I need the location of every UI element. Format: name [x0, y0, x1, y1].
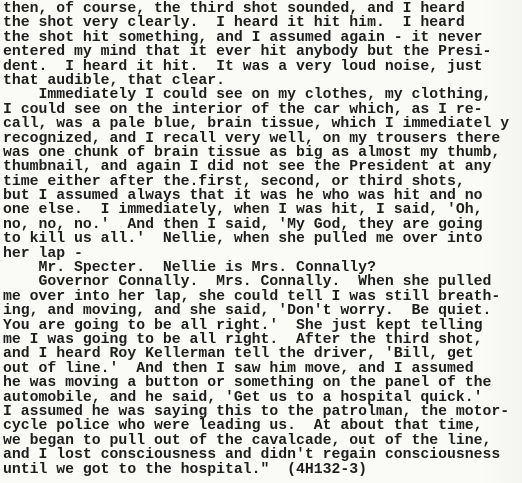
document-page: then, of course, the third shot sounded,…: [0, 0, 522, 483]
text-line: was one chunk of brain tissue as big as …: [3, 146, 522, 160]
text-line: he was moving a button or something on t…: [3, 376, 522, 390]
text-line: that audible, that clear.: [3, 74, 522, 88]
text-line: to kill us all.' Nellie, when she pulled…: [3, 232, 522, 246]
text-line: You are going to be all right.' She just…: [3, 319, 522, 333]
text-line: and I lost consciousness and didn't rega…: [3, 448, 522, 462]
text-line: the shot hit something, and I assumed ag…: [3, 31, 522, 45]
text-line: dent. I heard it hit. It was a very loud…: [3, 60, 522, 74]
text-line: no, no, no.' And then I said, 'My God, t…: [3, 218, 522, 232]
text-line: I assumed he was saying this to the patr…: [3, 405, 522, 419]
text-line: thumbnail, and again I did not see the P…: [3, 160, 522, 174]
text-line: I could see on the interior of the car w…: [3, 103, 522, 117]
text-line: me over into her lap, she could tell I w…: [3, 290, 522, 304]
text-line: recognized, and I recall very well, on m…: [3, 132, 522, 146]
text-line: the shot very clearly. I heard it hit hi…: [3, 16, 522, 30]
text-line: me I was going to be all right. After th…: [3, 333, 522, 347]
text-line: ing, and moving, and she said, 'Don't wo…: [3, 304, 522, 318]
text-line citation-line: until we got to the hospital." (4H132-3): [3, 463, 522, 477]
text-line: automobile, and he said, 'Get us to a ho…: [3, 391, 522, 405]
text-line: entered my mind that it ever hit anybody…: [3, 45, 522, 59]
text-line: out of line.' And then I saw him move, a…: [3, 362, 522, 376]
text-line: and I heard Roy Kellerman tell the drive…: [3, 347, 522, 361]
text-line speaker-answer: Governor Connally. Mrs. Connally. When s…: [3, 275, 522, 289]
text-line: we began to pull out of the cavalcade, o…: [3, 434, 522, 448]
text-line: one else. I immediately, when I was hit,…: [3, 203, 522, 217]
text-line: her lap -: [3, 247, 522, 261]
text-line: but I assumed always that it was he who …: [3, 189, 522, 203]
text-line: then, of course, the third shot sounded,…: [3, 2, 522, 16]
text-line speaker-question: Mr. Specter. Nellie is Mrs. Connally?: [3, 261, 522, 275]
text-line: call, was a pale blue, brain tissue, whi…: [3, 117, 522, 131]
text-line paragraph-start: Immediately I could see on my clothes, m…: [3, 88, 522, 102]
text-line: cycle police who were leading us. At abo…: [3, 419, 522, 433]
text-line: time either after the.first, second, or …: [3, 175, 522, 189]
